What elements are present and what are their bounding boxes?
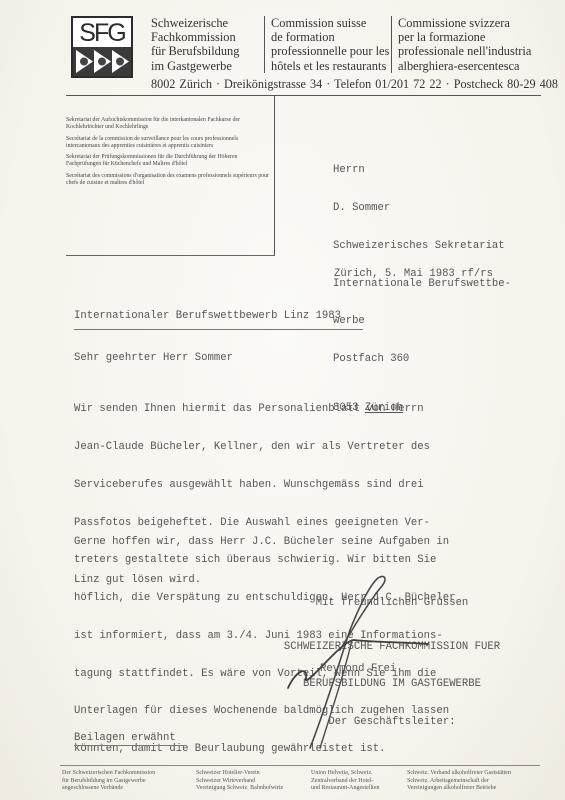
- footer-col-4: Schweiz. Verband alkoholfreier Gaststätt…: [407, 770, 511, 793]
- footer-col-1: Der Schweizerischen Fachkommission für B…: [62, 770, 155, 793]
- subject-underline: [74, 329, 363, 330]
- footer-col-3: Union Helvetia, Schweiz. Zentralverband …: [311, 770, 379, 793]
- salutation: Sehr geehrter Herr Sommer: [74, 352, 233, 365]
- enclosure-underline: [74, 745, 184, 746]
- header-french-name: Commission suisse de formation professio…: [264, 16, 389, 73]
- secretariat-item: Secrétariat de la commission de surveill…: [66, 136, 272, 151]
- header-italian-name: Commissione svizzera per la formazione p…: [391, 16, 531, 73]
- letter-page: SFG Schweizerische Fachkommission für Be…: [0, 0, 565, 800]
- sfg-logo: SFG: [71, 16, 133, 78]
- letterhead-address: 8002 Zürich · Dreikönigstrasse 34 · Tele…: [151, 77, 558, 92]
- signer-name: Reymond Frei: [320, 663, 396, 676]
- vertical-divider: [274, 95, 275, 255]
- header-german-name: Schweizerische Fachkommission für Berufs…: [151, 16, 239, 73]
- arrow-badges-icon: [75, 49, 131, 74]
- secretariat-item: Secrétariat des commissions d'organisati…: [66, 173, 272, 188]
- enclosure-note: Beilagen erwähnt: [74, 732, 176, 745]
- handwritten-signature: [270, 570, 430, 750]
- logo-text: SFG: [73, 18, 131, 47]
- secretariat-list: Sekretariat der Aufsichtskommission für …: [66, 117, 272, 191]
- footer-col-2: Schweizer Hotelier-Verein Schweizer Wirt…: [196, 770, 283, 793]
- secretariat-divider: [66, 255, 275, 256]
- logo-arrow-band: [73, 47, 131, 76]
- footer-divider: [60, 765, 540, 766]
- header-divider: [66, 95, 541, 96]
- secretariat-item: Sekretariat der Aufsichtskommission für …: [66, 117, 272, 132]
- subject-line: Internationaler Berufswettbewerb Linz 19…: [74, 310, 341, 323]
- secretariat-item: Sekretariat der Prüfungskommissionen für…: [66, 154, 272, 169]
- date-line: Zürich, 5. Mai 1983 rf/rs: [334, 268, 493, 281]
